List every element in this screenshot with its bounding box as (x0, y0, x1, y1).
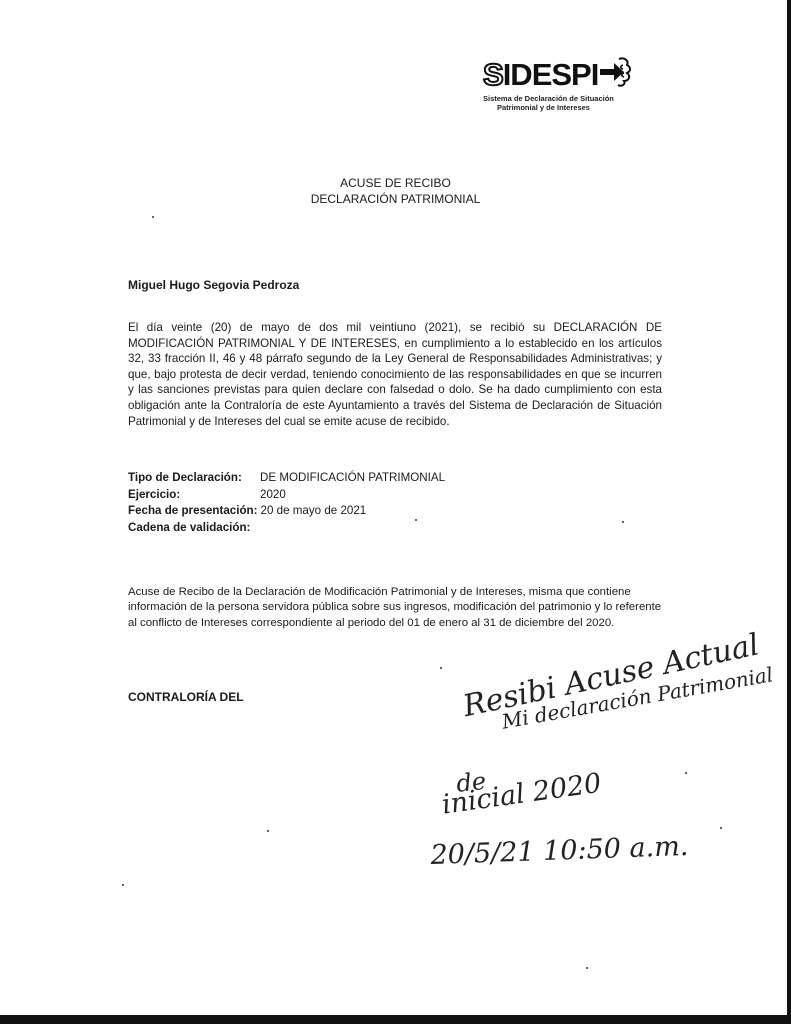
scan-speck (152, 216, 154, 218)
sidespi-logo: SIDESPI Sistema de Declaración de Situac… (483, 56, 643, 112)
body-paragraph: El día veinte (20) de mayo de dos mil ve… (128, 320, 662, 429)
handwritten-line-5: 20/5/21 10:50 a.m. (430, 831, 689, 871)
document-title: ACUSE DE RECIBO DECLARACIÓN PATRIMONIAL (0, 175, 791, 207)
scan-edge-bottom (0, 1015, 791, 1024)
scan-speck (415, 519, 417, 521)
title-line1: ACUSE DE RECIBO (0, 175, 791, 191)
logo-subtitle-line2: Patrimonial y de Intereses (483, 103, 643, 112)
logo-wordmark: SIDESPI (483, 60, 598, 90)
field-value: 20 de mayo de 2021 (261, 503, 367, 520)
summary-paragraph: Acuse de Recibo de la Declaración de Mod… (128, 585, 668, 631)
scan-speck (622, 521, 624, 523)
logo-subtitle-line1: Sistema de Declaración de Situación (483, 94, 614, 103)
scan-edge-right (787, 0, 791, 1016)
scan-speck (685, 772, 687, 774)
recipient-name: Miguel Hugo Segovia Pedroza (128, 278, 299, 292)
hand-arrow-icon (599, 56, 633, 93)
field-row-fecha: Fecha de presentación: 20 de mayo de 202… (128, 503, 445, 520)
scan-speck (122, 884, 124, 886)
logo-wordmark-s: S (483, 57, 503, 92)
declaration-fields: Tipo de Declaración: DE MODIFICACIÓN PAT… (128, 470, 445, 536)
scan-speck (440, 667, 442, 669)
field-label: Cadena de validación: (128, 520, 250, 537)
field-label: Ejercicio: (128, 487, 260, 504)
logo-subtitle: Sistema de Declaración de Situación Patr… (483, 94, 643, 112)
field-row-ejercicio: Ejercicio: 2020 (128, 487, 445, 504)
field-value: DE MODIFICACIÓN PATRIMONIAL (260, 470, 445, 487)
title-line2: DECLARACIÓN PATRIMONIAL (0, 191, 791, 207)
signature-label: CONTRALORÍA DEL (128, 690, 244, 704)
field-label: Tipo de Declaración: (128, 470, 260, 487)
logo-wordmark-rest: IDESPI (503, 57, 599, 92)
logo-mark: SIDESPI (483, 56, 643, 93)
field-row-tipo: Tipo de Declaración: DE MODIFICACIÓN PAT… (128, 470, 445, 487)
field-value: 2020 (260, 487, 286, 504)
field-row-cadena: Cadena de validación: (128, 520, 445, 537)
field-label: Fecha de presentación: (128, 503, 258, 520)
scan-speck (267, 830, 269, 832)
scan-speck (720, 827, 722, 829)
scan-speck (586, 967, 588, 969)
